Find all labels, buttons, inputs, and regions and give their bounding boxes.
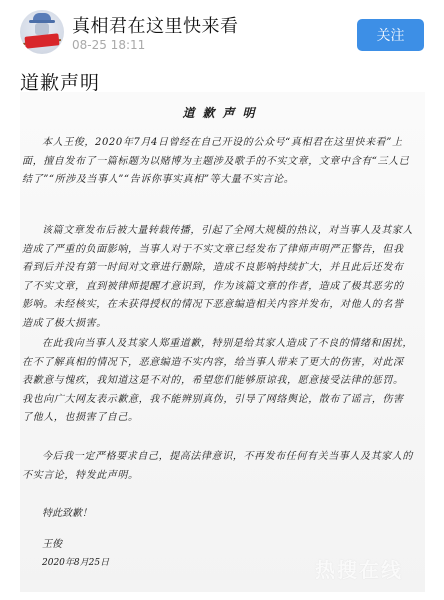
post-header: 真相君在这里快来看 08-25 18:11 关注 (0, 0, 444, 64)
apology-letter-image[interactable]: 道歉声明 本人王俊，2020年7月4日曾经在自己开设的公众号“真相君在这里快来看… (20, 92, 425, 592)
author-name[interactable]: 真相君在这里快来看 (72, 12, 239, 38)
post-title: 道歉声明 (20, 68, 100, 95)
letter-heading: 道歉声明 (20, 104, 425, 121)
letter-closing: 特此致歉！ (42, 504, 92, 519)
letter-paragraph: 今后我一定严格要求自己，提高法律意识，不再发布任何有关当事人及其家人的不实言论，… (22, 448, 414, 485)
letter-signature: 王俊 (42, 535, 62, 550)
avatar-banner (24, 33, 59, 48)
letter-paragraph: 该篇文章发布后被大量转载传播，引起了全网大规模的热议，对当事人及其家人造成了严重… (22, 222, 414, 333)
author-avatar[interactable] (20, 10, 64, 54)
letter-paragraph: 在此我向当事人及其家人郑重道歉，特别是给其家人造成了不良的情绪和困扰，在不了解真… (22, 335, 414, 428)
letter-paragraph: 本人王俊，2020年7月4日曾经在自己开设的公众号“真相君在这里快来看”上面，擅… (22, 134, 414, 190)
letter-date: 2020年8月25日 (42, 555, 109, 568)
watermark: 热搜在线 (315, 554, 403, 583)
post-timestamp: 08-25 18:11 (72, 38, 145, 52)
avatar-face (35, 23, 49, 35)
follow-button[interactable]: 关注 (357, 19, 424, 51)
